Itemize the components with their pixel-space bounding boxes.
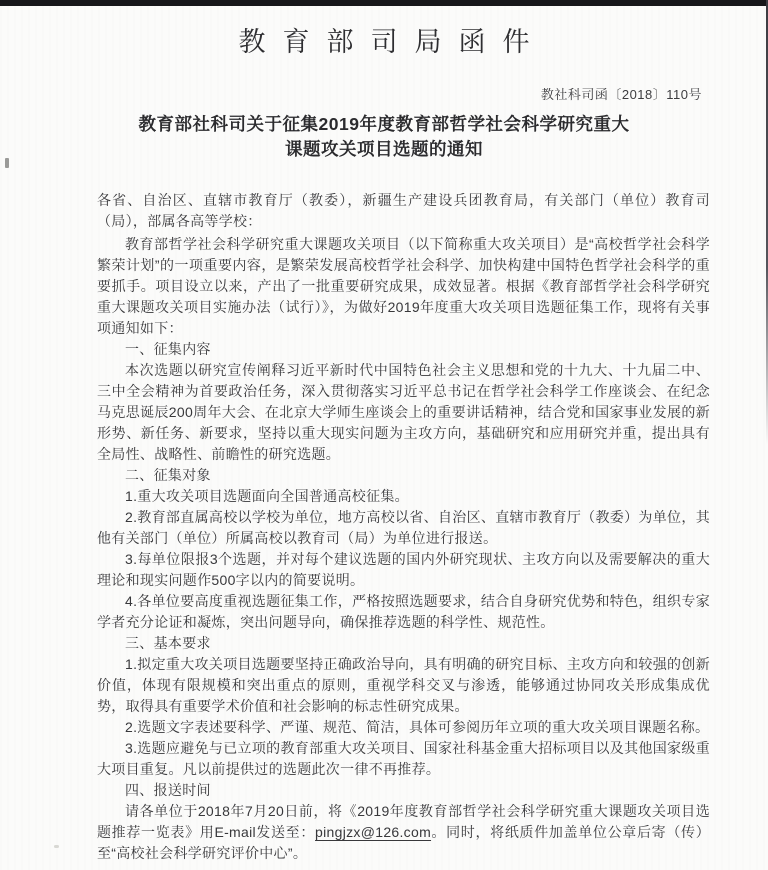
section-2-item-3: 3.每单位限报3个选题，并对每个建议选题的国内外研究现状、主攻方向以及需要解决的…: [97, 549, 710, 591]
section-4-heading: 四、报送时间: [97, 780, 710, 801]
scanned-document-page: 教育部司局函件 教社科司函〔2018〕110号 教育部社科司关于征集2019年度…: [0, 0, 768, 870]
intro-paragraph: 教育部哲学社会科学研究重大课题攻关项目（以下简称重大攻关项目）是“高校哲学社会科…: [97, 234, 710, 339]
section-1-paragraph-1: 本次选题以研究宣传阐释习近平新时代中国特色社会主义思想和党的十九大、十九届二中、…: [97, 360, 710, 465]
letterhead-title: 教育部司局函件: [0, 20, 768, 59]
scan-speck: [5, 158, 9, 168]
section-3-item-2: 2.选题文字表述要科学、严谨、规范、简洁，具体可参阅历年立项的重大攻关项目课题名…: [97, 717, 710, 738]
section-2-item-1: 1.重大攻关项目选题面向全国普通高校征集。: [97, 486, 710, 507]
scan-top-edge-bar: [0, 0, 768, 6]
document-body: 各省、自治区、直辖市教育厅（教委），新疆生产建设兵团教育局，有关部门（单位）教育…: [97, 190, 710, 864]
section-1-heading: 一、征集内容: [97, 339, 710, 360]
closing-paragraph: 请各单位于2018年7月20日前，将《2019年度教育部哲学社会科学研究重大课题…: [97, 801, 710, 864]
notice-title-line1: 教育部社科司关于征集2019年度教育部哲学社会科学研究重大: [78, 112, 690, 137]
notice-title: 教育部社科司关于征集2019年度教育部哲学社会科学研究重大 课题攻关项目选题的通…: [78, 112, 690, 162]
notice-title-line2: 课题攻关项目选题的通知: [78, 137, 690, 162]
section-3-heading: 三、基本要求: [97, 633, 710, 654]
scan-speck: [54, 845, 59, 848]
section-3-item-3: 3.选题应避免与已立项的教育部重大攻关项目、国家社科基金重大招标项目以及其他国家…: [97, 738, 710, 780]
section-2-item-2: 2.教育部直属高校以学校为单位，地方高校以省、自治区、直辖市教育厅（教委）为单位…: [97, 507, 710, 549]
section-3-item-1: 1.拟定重大攻关项目选题要坚持正确政治导向，具有明确的研究目标、主攻方向和较强的…: [97, 654, 710, 717]
salutation: 各省、自治区、直辖市教育厅（教委），新疆生产建设兵团教育局，有关部门（单位）教育…: [97, 190, 710, 232]
section-2-item-4: 4.各单位要高度重视选题征集工作，严格按照选题要求，结合自身研究优势和特色，组织…: [97, 591, 710, 633]
document-number: 教社科司函〔2018〕110号: [541, 84, 702, 103]
section-2-heading: 二、征集对象: [97, 465, 710, 486]
submission-email-link[interactable]: pingjzx@126.com: [315, 824, 431, 840]
